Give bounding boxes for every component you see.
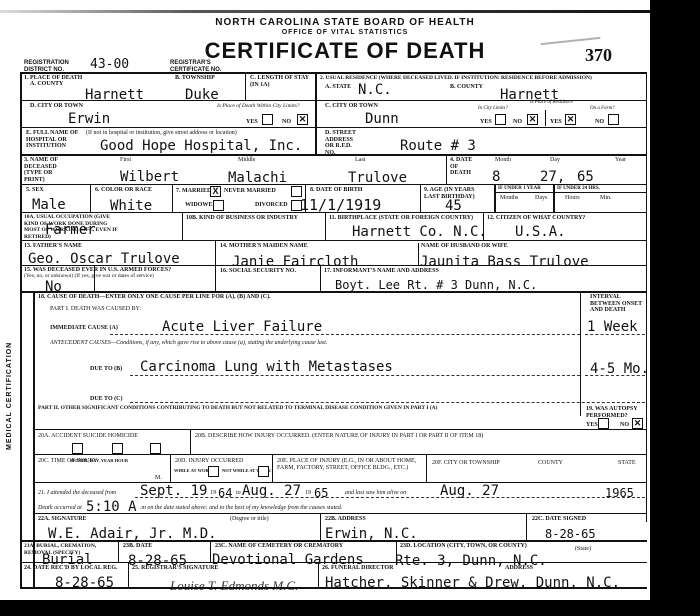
divider <box>580 291 581 416</box>
death-time-value: 5:10 A <box>86 500 137 514</box>
burial-state-label: (State) <box>575 546 591 553</box>
on-farm-label: On a Farm? <box>590 106 615 113</box>
injury-city-label: 20f. CITY OR TOWNSHIP <box>432 460 500 467</box>
never-married-label: NEVER MARRIED <box>224 188 276 195</box>
birthplace-label: 11. BIRTHPLACE (State or foreign country… <box>329 215 473 222</box>
cause-of-death-label: 18. CAUSE OF DEATH—ENTER ONLY ONE CAUSE … <box>38 294 271 301</box>
in-city-limits-label: In City Limits? <box>478 106 508 113</box>
row-line <box>20 562 647 563</box>
suicide-checkbox[interactable] <box>112 443 123 454</box>
registration-district-value: 43-00 <box>90 58 129 72</box>
signer-address-value: Erwin, N.C. <box>325 527 418 541</box>
row-line <box>494 192 647 193</box>
within-city-no-checkbox[interactable]: ✕ <box>297 114 308 125</box>
divorced-label: DIVORCED <box>255 202 288 209</box>
degree-label: (Degree or title) <box>230 516 269 523</box>
mother-label: 14. MOTHER'S MAIDEN NAME <box>220 243 308 250</box>
on-farm-yes-checkbox[interactable]: ✕ <box>565 114 576 125</box>
burial-location-label: 23d. LOCATION (City, town, or county) <box>400 543 527 550</box>
date-signed-label: 22c. DATE SIGNED <box>532 516 586 523</box>
street-address-label: d. STREET ADDRESS or R.F.D. NO. <box>325 130 360 156</box>
place-of-residence-label: Is Place of Residence <box>530 100 573 107</box>
row-line <box>315 100 647 101</box>
within-city-label: Is Place of Death Within City Limits? <box>217 103 312 110</box>
part1-label: PART I. DEATH WAS CAUSED BY: <box>50 306 141 313</box>
last-name-label: Last <box>355 157 365 164</box>
married-label: 7. MARRIED <box>176 188 211 195</box>
autopsy-no-label: NO <box>620 422 629 429</box>
months-label: Months <box>500 195 518 202</box>
due-b-interval-value: 4-5 Mo. <box>590 362 649 376</box>
first-name-label: First <box>120 157 131 164</box>
on-farm-yes-label: YES <box>550 119 562 126</box>
divider <box>418 243 419 265</box>
death-city-label: d. CITY OR TOWN <box>30 103 50 110</box>
month-label: Month <box>495 157 511 164</box>
attended-to-value: Aug. 27 <box>242 484 301 498</box>
autopsy-yes-checkbox[interactable] <box>598 418 609 429</box>
divider <box>526 513 527 540</box>
divider <box>483 212 484 240</box>
row-line <box>20 540 647 542</box>
autopsy-yes-label: YES <box>586 422 598 429</box>
divider <box>215 240 216 265</box>
last-name-value: Trulove <box>348 171 407 185</box>
due-b-label: DUE TO (b) <box>90 366 122 373</box>
sex-value: Male <box>32 198 66 212</box>
funeral-director-label: 26. FUNERAL DIRECTOR <box>322 565 393 572</box>
race-value: White <box>110 199 152 213</box>
row-line <box>33 513 646 514</box>
residence-city-label: c. CITY OR TOWN <box>325 103 345 110</box>
signature-label: 22a. SIGNATURE <box>38 516 87 523</box>
divider <box>446 154 447 184</box>
underline <box>130 402 645 403</box>
death-city-value: Erwin <box>68 112 110 126</box>
medical-certification-side-label: MEDICAL CERTIFICATION <box>6 330 13 450</box>
date-of-death-label: 4. DATE OF DEATH <box>450 157 480 177</box>
institution-label: e. FULL NAME OF HOSPITAL OR INSTITUTION <box>26 130 81 150</box>
divider <box>94 265 95 291</box>
widowed-checkbox[interactable] <box>213 200 224 211</box>
divider <box>553 184 555 212</box>
underline <box>135 497 645 498</box>
death-month-value: 8 <box>492 170 500 184</box>
time-meridiem-label: M. <box>155 475 162 482</box>
row-line <box>33 429 646 430</box>
age-value: 45 <box>445 199 462 213</box>
attended-from-value: Sept. 19 <box>140 484 207 498</box>
in-city-no-label: NO <box>513 119 522 126</box>
institution-value: Good Hope Hospital, Inc. <box>100 139 302 153</box>
sex-label: 5. SEX <box>26 187 44 194</box>
death-occurred-suffix: .m on the date stated above; and to the … <box>140 505 342 512</box>
spouse-label: NAME OF HUSBAND OR WIFE <box>421 243 508 250</box>
signer-value: W.E. Adair, Jr. M.D. <box>48 527 217 541</box>
time-columns-label: MONTH, DAY, YEAR HOUR <box>70 458 128 465</box>
due-b-value: Carcinoma Lung with Metastases <box>140 360 393 374</box>
min-label: Min. <box>600 195 612 202</box>
divider <box>118 540 119 562</box>
death-occurred-label: Death occurred at <box>38 505 82 512</box>
homicide-checkbox[interactable] <box>150 443 161 454</box>
informant-label: 17. INFORMANT'S NAME AND ADDRESS <box>324 268 439 275</box>
attended-label: 21. I attended the deceased from <box>38 490 116 497</box>
office-name: OFFICE OF VITAL STATISTICS <box>0 29 650 36</box>
married-checkbox[interactable]: X <box>210 186 221 197</box>
divider <box>170 454 171 482</box>
divider <box>272 454 273 482</box>
within-city-no-label: NO <box>282 119 291 126</box>
row-line <box>33 454 646 455</box>
top-rule <box>0 10 650 13</box>
occupation-value: Farmer <box>45 223 96 237</box>
injury-county-label: COUNTY <box>538 460 563 467</box>
day-label: Day <box>550 157 560 164</box>
mother-value: Janie Faircloth <box>232 255 358 269</box>
hours-label: Hours <box>565 195 580 202</box>
within-city-yes-checkbox[interactable] <box>262 114 273 125</box>
certificate-number: 370 <box>585 45 612 66</box>
dob-value: 11/1/1919 <box>300 198 381 212</box>
divider <box>318 562 319 587</box>
divider <box>210 540 211 562</box>
row-line <box>20 240 647 241</box>
residence-state-label: a. STATE <box>325 84 351 91</box>
armed-forces-note: (Yes, no, or unknown) (If yes, give war … <box>24 273 154 280</box>
burial-date-label: 23b. DATE <box>123 543 152 550</box>
citizen-label: 12. CITIZEN OF WHAT COUNTRY? <box>487 215 585 222</box>
row-line <box>20 154 647 156</box>
divider <box>128 562 129 587</box>
funeral-director-address-label: ADDRESS <box>505 565 533 572</box>
frame-left <box>20 72 22 587</box>
divider <box>90 184 91 212</box>
spouse-value: Jaunita Bass Trulove <box>420 255 589 269</box>
father-value: Geo. Oscar Trulove <box>28 252 180 266</box>
informant-value: Boyt. Lee Rt. # 3 Dunn, N.C. <box>335 278 537 292</box>
last-saw-value: Aug. 27 <box>440 484 499 498</box>
divider <box>320 513 321 540</box>
death-year-value: 65 <box>577 170 594 184</box>
divider <box>320 265 321 291</box>
accident-checkbox[interactable] <box>72 443 83 454</box>
divider <box>545 110 546 126</box>
immediate-cause-value: Acute Liver Failure <box>162 320 322 334</box>
in-city-yes-checkbox[interactable] <box>495 114 506 125</box>
last-saw-label: and last saw him alive on <box>345 490 406 497</box>
divider <box>426 454 427 482</box>
deceased-name-label: 3. NAME OF DECEASED (Type or Print) <box>24 157 69 183</box>
antecedent-label: ANTECEDENT CAUSES—Conditions, if any, wh… <box>50 340 327 347</box>
divider <box>245 72 246 100</box>
death-county-label: a. COUNTY <box>30 81 63 88</box>
to-label: to <box>236 490 241 497</box>
on-farm-no-label: NO <box>595 119 604 126</box>
divider <box>494 184 496 212</box>
middle-name-value: Malachi <box>228 171 287 185</box>
divider <box>172 184 173 212</box>
due-c-label: DUE TO (c) <box>90 396 122 403</box>
row-line <box>20 127 315 128</box>
autopsy-no-checkbox[interactable]: ✕ <box>632 418 643 429</box>
first-name-value: Wilbert <box>120 170 179 184</box>
divider <box>182 212 183 240</box>
part2-label: PART II. OTHER SIGNIFICANT CONDITIONS CO… <box>38 405 437 412</box>
ssn-label: 16. SOCIAL SECURITY NO. <box>220 268 296 275</box>
while-at-work-checkbox[interactable] <box>208 466 219 477</box>
injury-occurred-label: 20d. INJURY OCCURRED <box>175 458 243 465</box>
cemetery-label: 23c. NAME OF CEMETERY OR CREMATORY <box>215 543 343 550</box>
institution-note: (If not in hospital or institution, give… <box>86 130 237 137</box>
residence-state-value: N.C. <box>358 83 392 97</box>
immediate-interval-value: 1 Week <box>587 320 638 334</box>
row-line <box>20 265 647 266</box>
injury-type-label: 20a. ACCIDENT SUICIDE HOMICIDE <box>38 433 138 440</box>
dob-label: 8. DATE OF BIRTH <box>310 187 362 194</box>
to-year-prefix: 19 <box>305 490 311 497</box>
immediate-cause-label: IMMEDIATE CAUSE (a) <box>50 325 118 332</box>
street-address-value: Route # 3 <box>400 139 476 153</box>
length-of-stay-label: c. LENGTH OF STAY (in 1a) <box>250 75 310 88</box>
birthplace-value: Harnett Co. N.C. <box>352 225 487 239</box>
section-divider <box>315 72 317 154</box>
row-line <box>33 482 646 483</box>
row-line <box>20 212 647 213</box>
registrar-signature-label: 25. REGISTRAR'S SIGNATURE <box>132 565 218 572</box>
business-label: 10b. KIND OF BUSINESS OR INDUSTRY <box>186 215 298 222</box>
while-at-work-label: WHILE AT WORK <box>174 468 212 475</box>
row-line <box>20 291 647 293</box>
date-received-label: 24. DATE REC'D BY LOCAL REG. <box>24 565 119 572</box>
board-name: NORTH CAROLINA STATE BOARD OF HEALTH <box>0 17 650 28</box>
within-city-yes-label: YES <box>246 119 258 126</box>
residence-label: 2. USUAL RESIDENCE (Where deceased lived… <box>320 75 592 82</box>
year-label: Year <box>615 157 626 164</box>
underline <box>130 375 580 376</box>
underline <box>110 334 580 335</box>
race-label: 6. COLOR OR RACE <box>95 187 152 194</box>
in-city-yes-label: YES <box>480 119 492 126</box>
divider <box>190 429 191 454</box>
describe-injury-label: 20b. DESCRIBE HOW INJURY OCCURRED. (Ente… <box>195 433 483 440</box>
from-year-prefix: 19 <box>210 490 216 497</box>
registrar-signature-value: Louise T. Edmonds M.C. <box>170 578 298 594</box>
widowed-label: WIDOWED <box>185 202 217 209</box>
residence-city-value: Dunn <box>365 112 399 126</box>
not-while-at-work-checkbox[interactable] <box>258 466 269 477</box>
divider <box>215 265 216 291</box>
residence-county-label: b. COUNTY <box>450 84 483 91</box>
days-label: Days <box>535 195 547 202</box>
signer-address-label: 22b. ADDRESS <box>325 516 366 523</box>
interval-label: INTERVAL BETWEEN ONSET AND DEATH <box>590 294 648 314</box>
date-signed-value: 8-28-65 <box>545 527 596 541</box>
divider <box>325 212 326 240</box>
citizen-value: U.S.A. <box>515 225 566 239</box>
underline <box>585 375 645 376</box>
in-city-no-checkbox[interactable]: ✕ <box>527 114 538 125</box>
on-farm-no-checkbox[interactable] <box>608 114 619 125</box>
father-label: 13. FATHER'S NAME <box>24 243 82 250</box>
row-line <box>315 127 647 128</box>
row-line <box>20 100 315 101</box>
death-day-value: 27, <box>540 170 565 184</box>
middle-name-label: Middle <box>238 157 255 164</box>
divider <box>420 184 421 212</box>
place-of-injury-label: 20e. PLACE OF INJURY (e.g., in or about … <box>277 458 417 471</box>
frame-bottom <box>20 587 647 589</box>
death-certificate: NORTH CAROLINA STATE BOARD OF HEALTH OFF… <box>0 0 650 600</box>
injury-state-label: STATE <box>618 460 636 467</box>
frame-top <box>20 72 647 74</box>
township-label: b. TOWNSHIP <box>175 75 215 82</box>
underline <box>585 334 645 335</box>
